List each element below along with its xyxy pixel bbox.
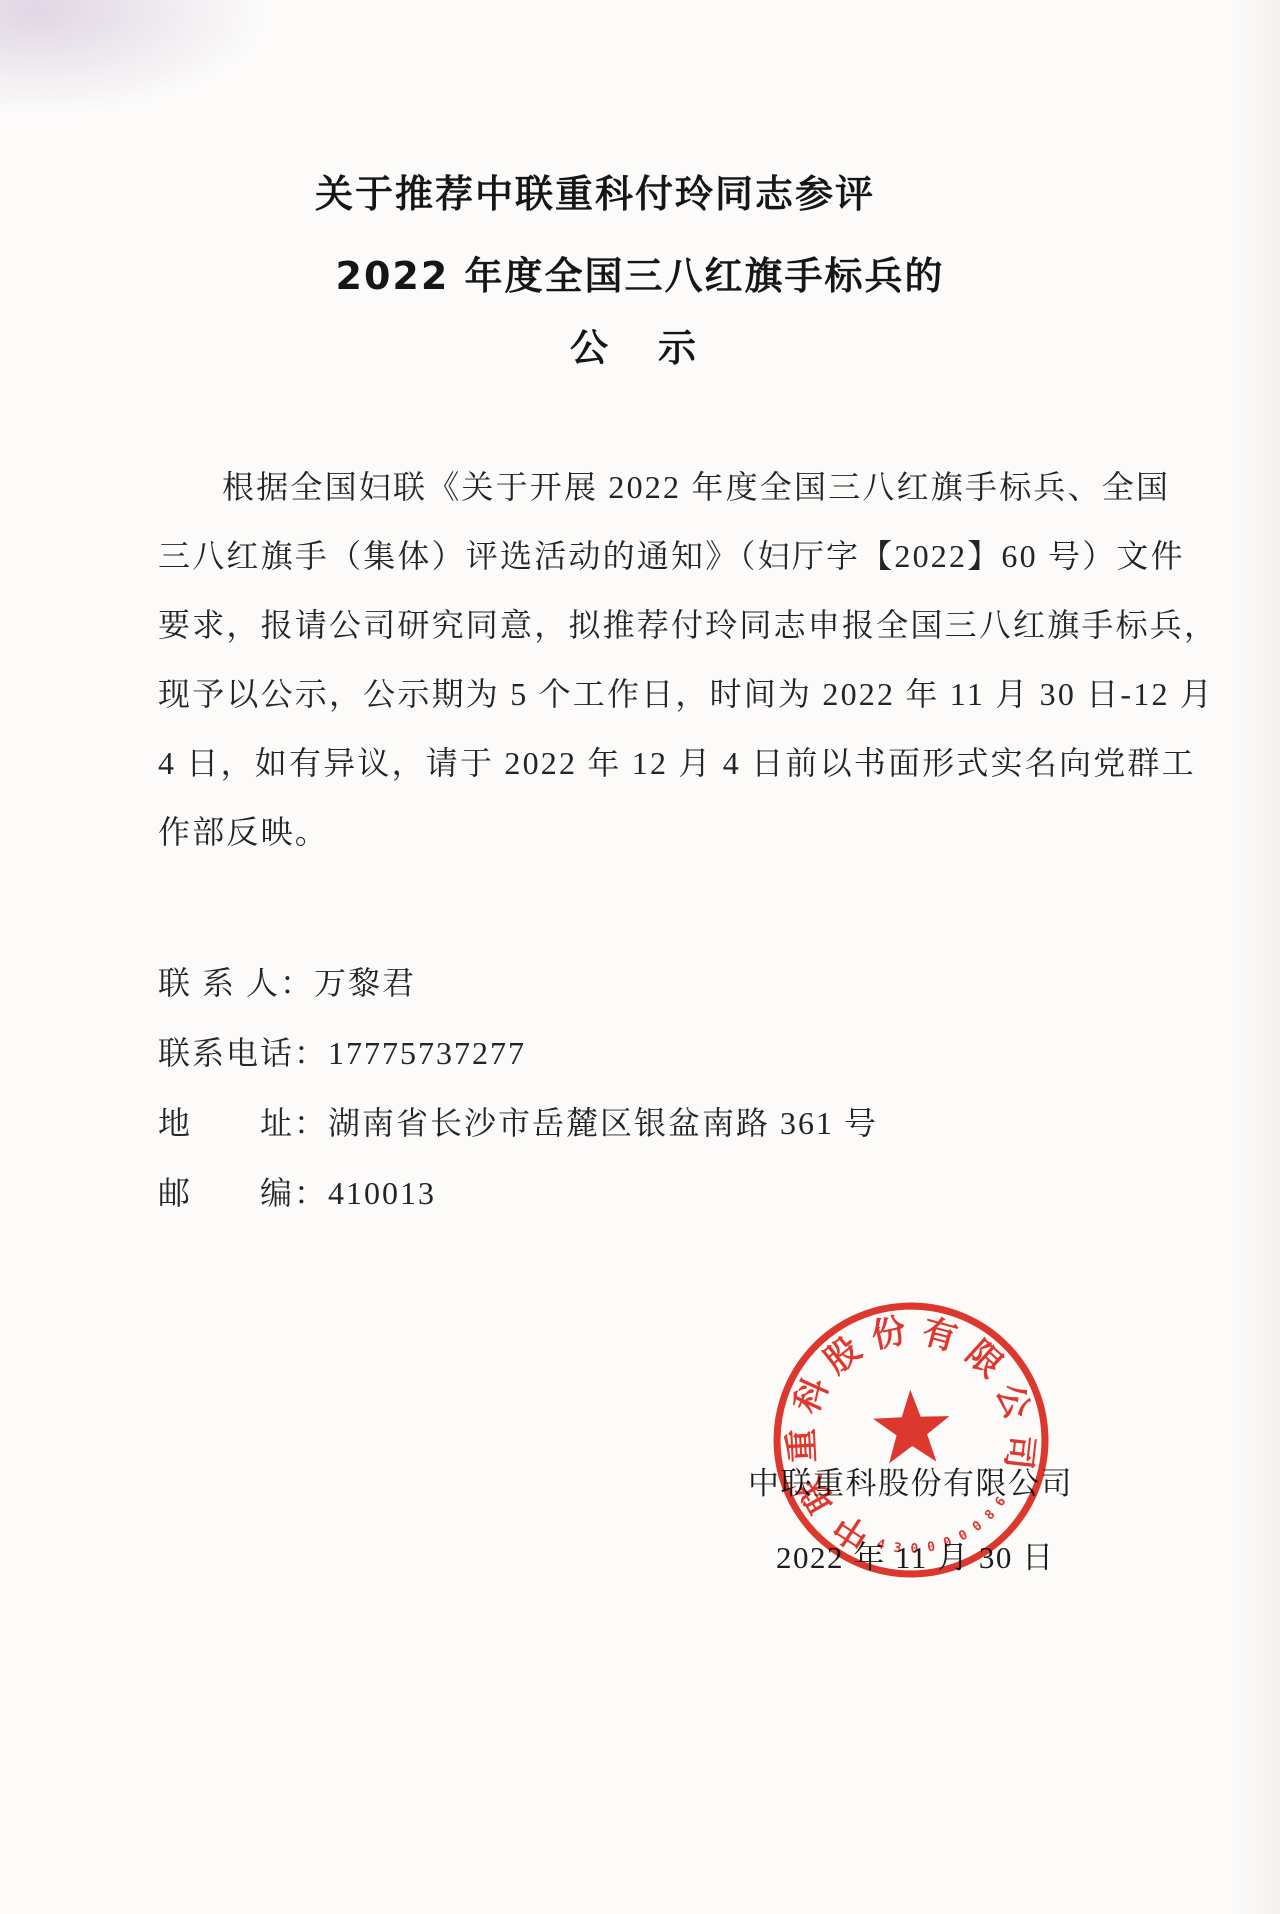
notice-body: 根据全国妇联《关于开展 2022 年度全国三八红旗手标兵、全国 三八红旗手（集体… bbox=[158, 453, 1138, 867]
notice-title-line3: 公 示 bbox=[0, 317, 1272, 372]
contact-row-zipcode: 邮 编：410013 bbox=[158, 1158, 878, 1228]
contact-label: 联 系 人： bbox=[158, 948, 314, 1018]
contact-block: 联 系 人：万黎君 联系电话：17775737277 地 址：湖南省长沙市岳麓区… bbox=[158, 948, 878, 1228]
contact-value: 17775737277 bbox=[328, 1035, 526, 1071]
body-line: 根据全国妇联《关于开展 2022 年度全国三八红旗手标兵、全国 bbox=[158, 453, 1138, 522]
notice-title-line1: 关于推荐中联重科付玲同志参评 bbox=[0, 163, 1190, 218]
contact-row-phone: 联系电话：17775737277 bbox=[158, 1018, 878, 1088]
body-line: 4 日，如有异议，请于 2022 年 12 月 4 日前以书面形式实名向党群工 bbox=[158, 729, 1138, 798]
body-line: 现予以公示，公示期为 5 个工作日，时间为 2022 年 11 月 30 日-1… bbox=[158, 660, 1138, 729]
contact-row-address: 地 址：湖南省长沙市岳麓区银盆南路 361 号 bbox=[158, 1088, 878, 1158]
contact-value: 万黎君 bbox=[314, 965, 416, 1001]
notice-title-line2: 2022 年度全国三八红旗手标兵的 bbox=[0, 245, 1280, 300]
scan-smudge bbox=[0, 0, 300, 130]
contact-label: 地 址： bbox=[158, 1088, 328, 1158]
contact-label: 联系电话： bbox=[158, 1018, 328, 1088]
contact-value: 410013 bbox=[328, 1175, 436, 1211]
scanned-notice-page: 关于推荐中联重科付玲同志参评 2022 年度全国三八红旗手标兵的 公 示 根据全… bbox=[0, 0, 1280, 1914]
body-line: 要求，报请公司研究同意，拟推荐付玲同志申报全国三八红旗手标兵， bbox=[158, 591, 1138, 660]
company-seal: 中联重科股份有限公司 4300000864 bbox=[765, 1294, 1057, 1586]
seal-star-icon bbox=[872, 1388, 951, 1464]
body-line: 作部反映。 bbox=[158, 798, 1138, 867]
body-line: 三八红旗手（集体）评选活动的通知》（妇厅字【2022】60 号）文件 bbox=[158, 522, 1138, 591]
contact-row-person: 联 系 人：万黎君 bbox=[158, 948, 878, 1018]
contact-value: 湖南省长沙市岳麓区银盆南路 361 号 bbox=[328, 1105, 878, 1141]
contact-label: 邮 编： bbox=[158, 1158, 328, 1228]
